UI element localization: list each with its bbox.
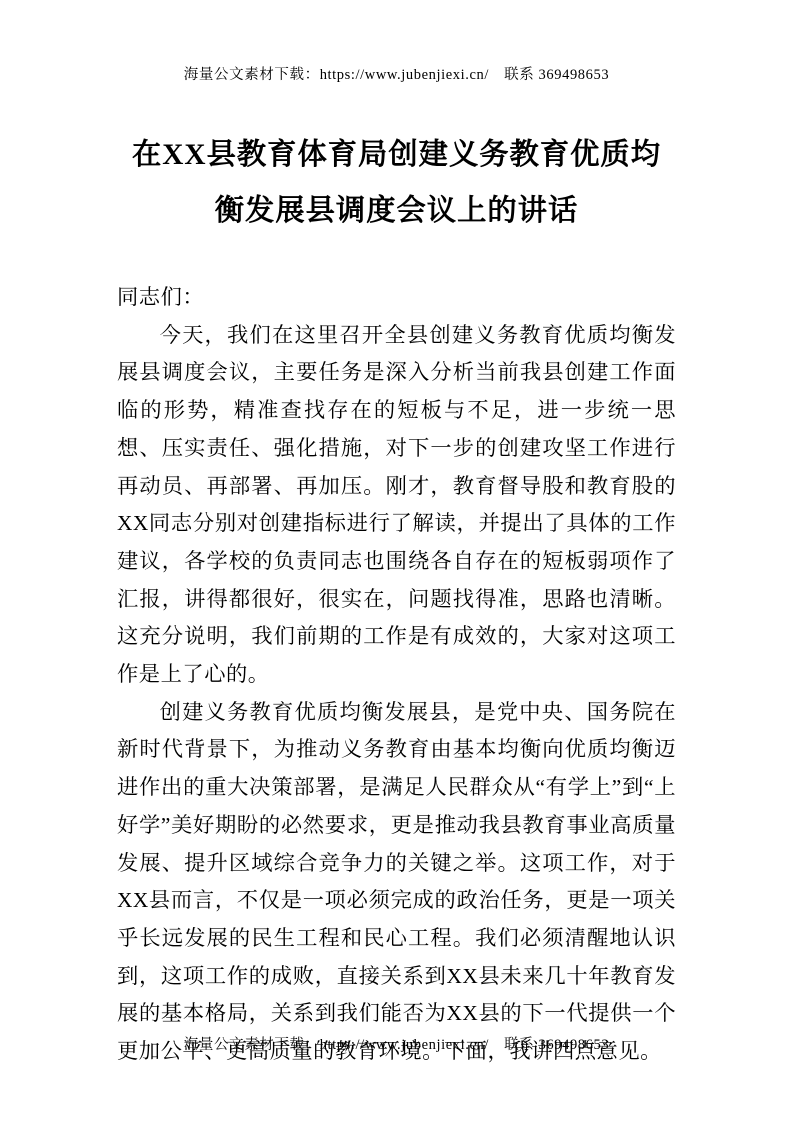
- header-contact: 联系 369498653: [489, 67, 609, 83]
- page-header: 海量公文素材下载：https://www.jubenjiexi.cn/ 联系 3…: [0, 65, 793, 85]
- footer-label: 海量公文素材下载：: [184, 1037, 320, 1053]
- page-footer: 海量公文素材下载：https://www.jubenjiexi.cn/ 联系 3…: [0, 1035, 793, 1055]
- document-title: 在XX县教育体育局创建义务教育优质均衡发展县调度会议上的讲话: [117, 127, 676, 239]
- body-paragraph: 今天，我们在这里召开全县创建义务教育优质均衡发展县调度会议，主要任务是深入分析当…: [117, 317, 676, 694]
- header-link[interactable]: https://www.jubenjiexi.cn/: [320, 67, 489, 83]
- footer-link[interactable]: https://www.jubenjiexi.cn/: [320, 1037, 489, 1053]
- body-paragraph: 创建义务教育优质均衡发展县，是党中央、国务院在新时代背景下，为推动义务教育由基本…: [117, 694, 676, 1071]
- footer-contact: 联系 369498653: [489, 1037, 609, 1053]
- document-body: 同志们： 今天，我们在这里召开全县创建义务教育优质均衡发展县调度会议，主要任务是…: [117, 279, 676, 1071]
- document-page: 海量公文素材下载：https://www.jubenjiexi.cn/ 联系 3…: [0, 0, 793, 1122]
- header-label: 海量公文素材下载：: [184, 67, 320, 83]
- salutation: 同志们：: [117, 279, 676, 317]
